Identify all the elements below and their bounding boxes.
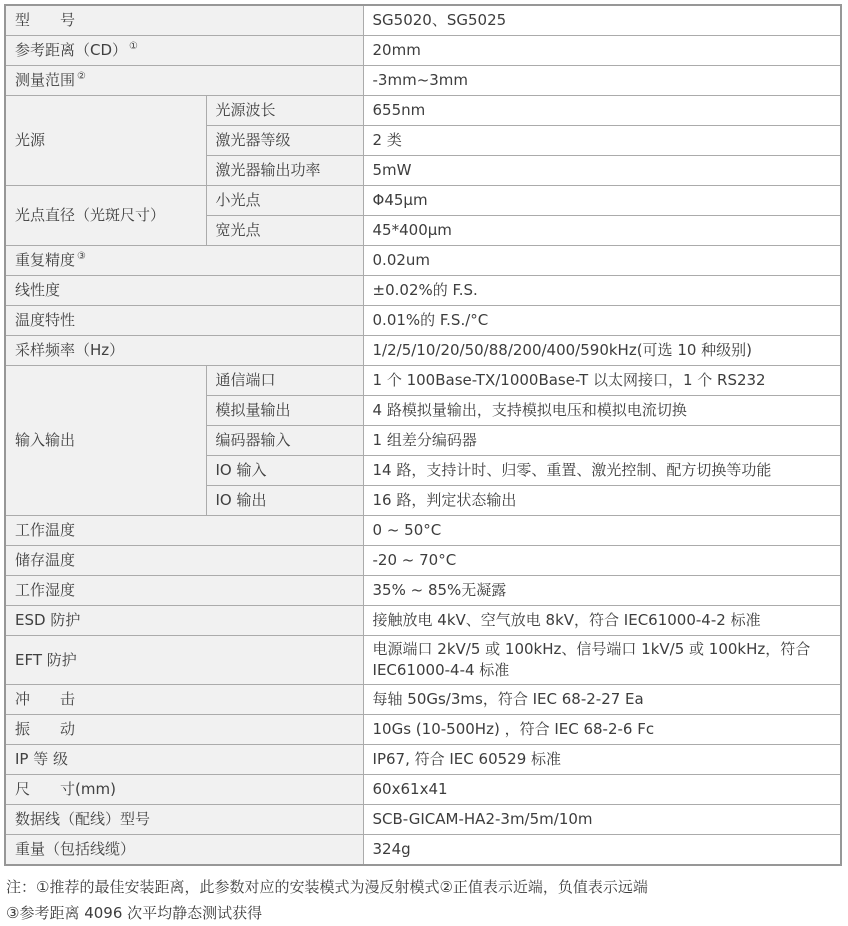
spec-value: -3mm~3mm	[363, 66, 841, 96]
spec-value: 324g	[363, 835, 841, 866]
spec-sub-label: 激光器等级	[206, 126, 363, 156]
table-row: 振 动10Gs (10-500Hz) ，符合 IEC 68-2-6 Fc	[5, 715, 841, 745]
spec-value: 2 类	[363, 126, 841, 156]
spec-group-label: 输入输出	[5, 366, 206, 516]
footnotes: 注：①推荐的最佳安装距离，此参数对应的安装模式为漫反射模式②正值表示近端，负值表…	[4, 874, 840, 926]
spec-label: 尺 寸(mm)	[5, 775, 363, 805]
spec-value: SCB-GICAM-HA2-3m/5m/10m	[363, 805, 841, 835]
table-row: 重量（包括线缆）324g	[5, 835, 841, 866]
footnote-marker: ②	[77, 71, 86, 82]
spec-value: 5mW	[363, 156, 841, 186]
table-row: 尺 寸(mm)60x61x41	[5, 775, 841, 805]
spec-value: ±0.02%的 F.S.	[363, 276, 841, 306]
spec-value: Φ45μm	[363, 186, 841, 216]
footnote-marker: ①	[129, 41, 138, 52]
spec-value: 4 路模拟量输出，支持模拟电压和模拟电流切换	[363, 396, 841, 426]
table-row: 线性度±0.02%的 F.S.	[5, 276, 841, 306]
spec-sub-label: 通信端口	[206, 366, 363, 396]
spec-sub-label: 模拟量输出	[206, 396, 363, 426]
table-row: 温度特性0.01%的 F.S./°C	[5, 306, 841, 336]
table-row: 工作湿度35% ~ 85%无凝露	[5, 576, 841, 606]
table-row: 光源光源波长655nm	[5, 96, 841, 126]
spec-label: IP 等 级	[5, 745, 363, 775]
footnote-line-1: 注：①推荐的最佳安装距离，此参数对应的安装模式为漫反射模式②正值表示近端，负值表…	[6, 874, 840, 900]
spec-sub-label: 小光点	[206, 186, 363, 216]
spec-value: 电源端口 2kV/5 或 100kHz、信号端口 1kV/5 或 100kHz，…	[363, 636, 841, 685]
spec-label: 测量范围②	[5, 66, 363, 96]
spec-sub-label: 光源波长	[206, 96, 363, 126]
spec-value: 14 路，支持计时、归零、重置、激光控制、配方切换等功能	[363, 456, 841, 486]
spec-label: 数据线（配线）型号	[5, 805, 363, 835]
spec-value: 每轴 50Gs/3ms，符合 IEC 68-2-27 Ea	[363, 685, 841, 715]
spec-value: 接触放电 4kV、空气放电 8kV，符合 IEC61000-4-2 标准	[363, 606, 841, 636]
spec-label: 采样频率（Hz）	[5, 336, 363, 366]
spec-table: 型 号SG5020、SG5025参考距离（CD）①20mm测量范围②-3mm~3…	[4, 4, 842, 866]
spec-value: 10Gs (10-500Hz) ，符合 IEC 68-2-6 Fc	[363, 715, 841, 745]
table-row: 采样频率（Hz）1/2/5/10/20/50/88/200/400/590kHz…	[5, 336, 841, 366]
table-row: 型 号SG5020、SG5025	[5, 5, 841, 36]
spec-value: -20 ~ 70°C	[363, 546, 841, 576]
spec-sub-label: 编码器输入	[206, 426, 363, 456]
spec-sub-label: 激光器输出功率	[206, 156, 363, 186]
spec-label: 工作温度	[5, 516, 363, 546]
spec-label: 储存温度	[5, 546, 363, 576]
spec-value: 60x61x41	[363, 775, 841, 805]
spec-sub-label: 宽光点	[206, 216, 363, 246]
spec-value: 0.02um	[363, 246, 841, 276]
spec-label: 工作湿度	[5, 576, 363, 606]
spec-value: 35% ~ 85%无凝露	[363, 576, 841, 606]
spec-sub-label: IO 输入	[206, 456, 363, 486]
table-row: 参考距离（CD）①20mm	[5, 36, 841, 66]
table-row: 数据线（配线）型号SCB-GICAM-HA2-3m/5m/10m	[5, 805, 841, 835]
table-row: ESD 防护接触放电 4kV、空气放电 8kV，符合 IEC61000-4-2 …	[5, 606, 841, 636]
table-row: 测量范围②-3mm~3mm	[5, 66, 841, 96]
spec-label: 重量（包括线缆）	[5, 835, 363, 866]
spec-sub-label: IO 输出	[206, 486, 363, 516]
footnote-line-2: ③参考距离 4096 次平均静态测试获得	[6, 900, 840, 926]
table-row: 重复精度③0.02um	[5, 246, 841, 276]
table-row: EFT 防护电源端口 2kV/5 或 100kHz、信号端口 1kV/5 或 1…	[5, 636, 841, 685]
table-row: 储存温度-20 ~ 70°C	[5, 546, 841, 576]
spec-label: 冲 击	[5, 685, 363, 715]
spec-label: 温度特性	[5, 306, 363, 336]
spec-group-label: 光点直径（光斑尺寸）	[5, 186, 206, 246]
spec-value: 1/2/5/10/20/50/88/200/400/590kHz(可选 10 种…	[363, 336, 841, 366]
spec-sheet-page: 型 号SG5020、SG5025参考距离（CD）①20mm测量范围②-3mm~3…	[0, 0, 848, 926]
spec-group-label: 光源	[5, 96, 206, 186]
spec-label: EFT 防护	[5, 636, 363, 685]
spec-label: 参考距离（CD）①	[5, 36, 363, 66]
table-row: 输入输出通信端口1 个 100Base-TX/1000Base-T 以太网接口，…	[5, 366, 841, 396]
spec-label: 重复精度③	[5, 246, 363, 276]
spec-value: 0.01%的 F.S./°C	[363, 306, 841, 336]
spec-value: IP67, 符合 IEC 60529 标准	[363, 745, 841, 775]
spec-value: 0 ~ 50°C	[363, 516, 841, 546]
spec-label: 振 动	[5, 715, 363, 745]
spec-label: ESD 防护	[5, 606, 363, 636]
spec-value: 16 路，判定状态输出	[363, 486, 841, 516]
spec-label: 型 号	[5, 5, 363, 36]
spec-value: 1 个 100Base-TX/1000Base-T 以太网接口，1 个 RS23…	[363, 366, 841, 396]
spec-value: 655nm	[363, 96, 841, 126]
spec-value: 45*400μm	[363, 216, 841, 246]
footnote-marker: ③	[77, 251, 86, 262]
table-row: 工作温度0 ~ 50°C	[5, 516, 841, 546]
spec-value: 1 组差分编码器	[363, 426, 841, 456]
spec-value: SG5020、SG5025	[363, 5, 841, 36]
table-row: 冲 击每轴 50Gs/3ms，符合 IEC 68-2-27 Ea	[5, 685, 841, 715]
spec-value: 20mm	[363, 36, 841, 66]
spec-label: 线性度	[5, 276, 363, 306]
table-row: 光点直径（光斑尺寸）小光点Φ45μm	[5, 186, 841, 216]
table-row: IP 等 级IP67, 符合 IEC 60529 标准	[5, 745, 841, 775]
